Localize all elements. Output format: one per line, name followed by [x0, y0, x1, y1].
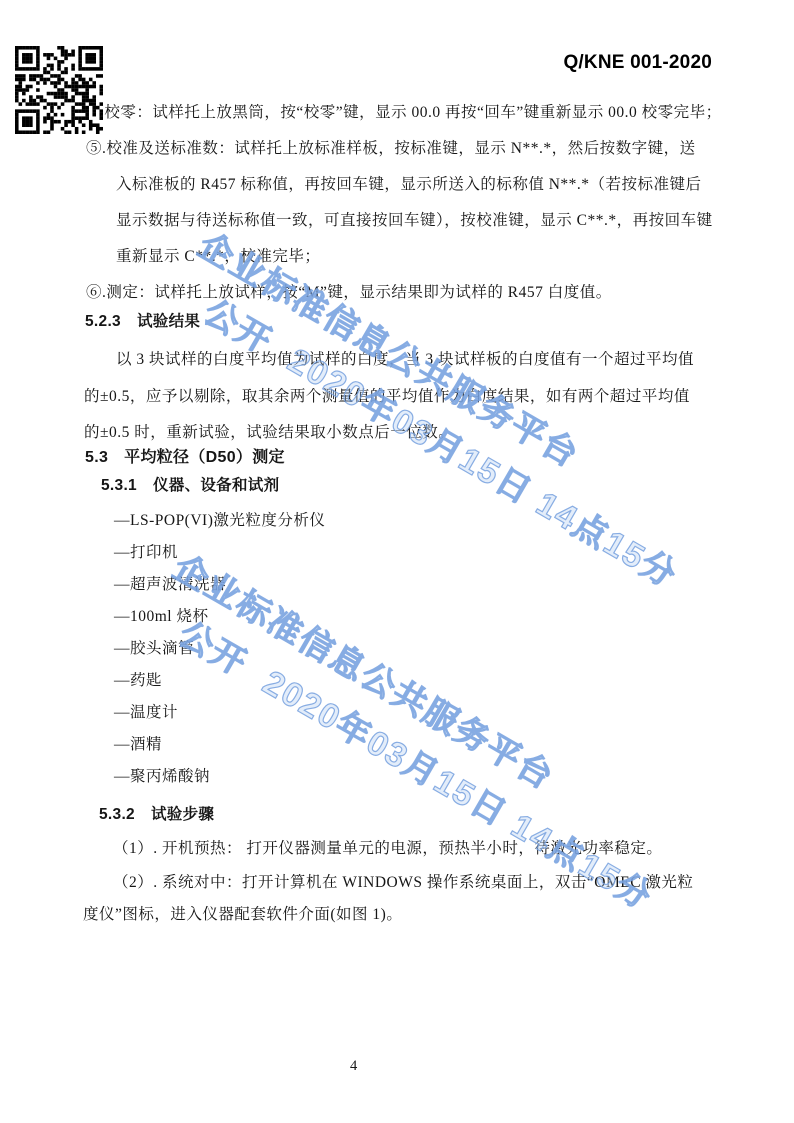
equipment-list-item: —打印机 [114, 544, 178, 561]
step-measure-line: ⑥.测定：试样托上放试样，按“M”键，显示结果即为试样的 R457 白度值。 [86, 284, 612, 301]
watermark-upper: 企业标准信息公共服务平台 公开2020年03月15日 14点15分 [166, 228, 711, 594]
equipment-list-item: —温度计 [114, 704, 178, 721]
result-paragraph-line: 以 3 块试样的白度平均值为试样的白度，当 3 块试样板的白度值有一个超过平均值 [116, 351, 694, 368]
watermark-lower: 企业标准信息公共服务平台 公开2020年03月15日 14点15分 [141, 550, 686, 916]
equipment-list-item: —超声波清洗器 [114, 576, 226, 593]
result-paragraph-line: 的±0.5，应予以剔除，取其余两个测量值的平均值作为白度结果，如有两个超过平均值 [84, 388, 690, 405]
procedure-step-line: （2）. 系统对中：打开计算机在 WINDOWS 操作系统桌面上，双击“OMEC… [113, 874, 693, 891]
document-page: Q/KNE 001-2020 企业标准信息公共服务平台 公开2020年03月15… [0, 0, 794, 1123]
section-title: 仪器、设备和试剂 [153, 477, 279, 494]
procedure-step-line: （1）. 开机预热： 打开仪器测量单元的电源，预热半小时，待激光功率稳定。 [113, 840, 662, 857]
watermark-platform-text: 企业标准信息公共服务平台 [168, 550, 685, 868]
procedure-step-line: 度仪”图标，进入仪器配套软件介面(如图 1)。 [83, 906, 402, 923]
step-calibrate-standard-line: 重新显示 C**.*，校准完毕； [116, 248, 320, 265]
section-heading-5-2-3: 5.2.3试验结果 [85, 313, 200, 330]
step-calibrate-standard-line: 显示数据与待送标称值一致，可直接按回车键），按校准键，显示 C**.*，再按回车… [116, 212, 713, 229]
section-heading-5-3-1: 5.3.1仪器、设备和试剂 [101, 477, 279, 494]
section-number: 5.3.2 [99, 806, 135, 823]
section-heading-5-3: 5.3平均粒径（D50）测定 [85, 449, 285, 466]
equipment-list-item: —LS-POP(VI)激光粒度分析仪 [114, 512, 325, 529]
section-title: 平均粒径（D50）测定 [124, 449, 285, 466]
section-title: 试验结果 [137, 313, 200, 330]
section-number: 5.3 [85, 449, 108, 466]
standard-code: Q/KNE 001-2020 [563, 52, 712, 74]
step-calibrate-standard-line: ⑤.校准及送标准数：试样托上放标准样板，按标准键，显示 N**.*，然后按数字键… [86, 140, 696, 157]
step-calibrate-zero-line: .校零：试样托上放黑筒，按“校零”键，显示 00.0 再按“回车”键重新显示 0… [100, 104, 722, 121]
equipment-list-item: —胶头滴管 [114, 640, 194, 657]
equipment-list-item: —酒精 [114, 736, 162, 753]
page-number: 4 [350, 1058, 357, 1075]
watermark-timestamp: 2020年03月15日 14点15分 [281, 341, 683, 595]
section-heading-5-3-2: 5.3.2试验步骤 [99, 806, 214, 823]
section-title: 试验步骤 [151, 806, 214, 823]
step-calibrate-standard-line: 入标准板的 R457 标称值，再按回车键，显示所送入的标称值 N**.*（若按标… [116, 176, 702, 193]
equipment-list-item: —聚丙烯酸钠 [114, 768, 210, 785]
section-number: 5.3.1 [101, 477, 137, 494]
equipment-list-item: —100ml 烧杯 [114, 608, 209, 625]
qr-code [15, 46, 103, 134]
section-number: 5.2.3 [85, 313, 121, 330]
equipment-list-item: —药匙 [114, 672, 162, 689]
result-paragraph-line: 的±0.5 时，重新试验，试验结果取小数点后一位数。 [84, 424, 454, 441]
